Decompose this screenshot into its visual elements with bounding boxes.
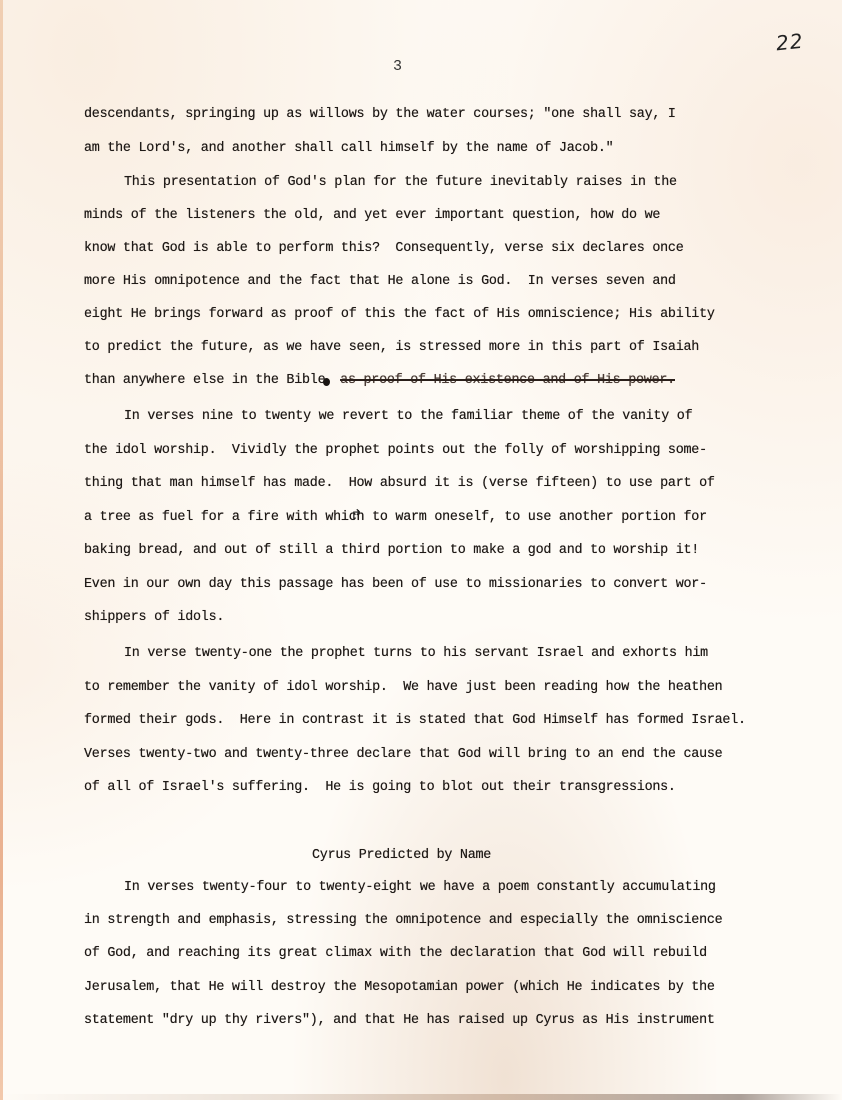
text-line: descendants, springing up as willows by …	[84, 107, 676, 122]
text-line: the idol worship. Vividly the prophet po…	[84, 443, 707, 458]
text-line: shippers of idols.	[84, 610, 224, 625]
section-heading: Cyrus Predicted by Name	[312, 848, 491, 863]
text-line: to remember the vanity of idol worship. …	[84, 680, 722, 695]
text-line: of God, and reaching its great climax wi…	[84, 946, 707, 961]
text-line: of all of Israel's suffering. He is goin…	[84, 780, 676, 795]
handwritten-correction-mark: ↱	[350, 506, 363, 524]
paragraph-start: In verse twenty-one the prophet turns to…	[124, 646, 708, 661]
text-line: Verses twenty-two and twenty-three decla…	[84, 747, 722, 762]
scanned-page: 22 3 descendants, springing up as willow…	[0, 0, 842, 1100]
text-line: Even in our own day this passage has bee…	[84, 577, 707, 592]
page-number: 3	[393, 58, 402, 75]
text-line: know that God is able to perform this? C…	[84, 241, 684, 256]
text-line: in strength and emphasis, stressing the …	[84, 913, 722, 928]
handwritten-folio-number: 22	[775, 29, 805, 56]
text-line: Jerusalem, that He will destroy the Meso…	[84, 980, 715, 995]
text-line: am the Lord's, and another shall call hi…	[84, 141, 613, 156]
text-line: eight He brings forward as proof of this…	[84, 307, 715, 322]
paper-edge-stain	[0, 0, 3, 1100]
text-line: statement "dry up thy rivers"), and that…	[84, 1013, 715, 1028]
paper-bottom-shadow	[0, 1094, 842, 1100]
ink-period-mark	[323, 378, 330, 386]
text-line: more His omnipotence and the fact that H…	[84, 274, 676, 289]
text-line: to predict the future, as we have seen, …	[84, 340, 699, 355]
text-line-with-strikeout: than anywhere else in the Bible as proof…	[84, 373, 675, 388]
text-line: thing that man himself has made. How abs…	[84, 476, 715, 491]
text-line: a tree as fuel for a fire with which to …	[84, 510, 707, 525]
paragraph-start: In verses nine to twenty we revert to th…	[124, 409, 692, 424]
text-line: baking bread, and out of still a third p…	[84, 543, 699, 558]
text-line: minds of the listeners the old, and yet …	[84, 208, 660, 223]
struck-through-text: as proof of His existence and of His pow…	[340, 373, 675, 388]
text-fragment: than anywhere else in the Bible	[84, 373, 325, 388]
text-line: formed their gods. Here in contrast it i…	[84, 713, 746, 728]
paragraph-start: In verses twenty-four to twenty-eight we…	[124, 880, 716, 895]
paragraph-start: This presentation of God's plan for the …	[124, 175, 677, 190]
